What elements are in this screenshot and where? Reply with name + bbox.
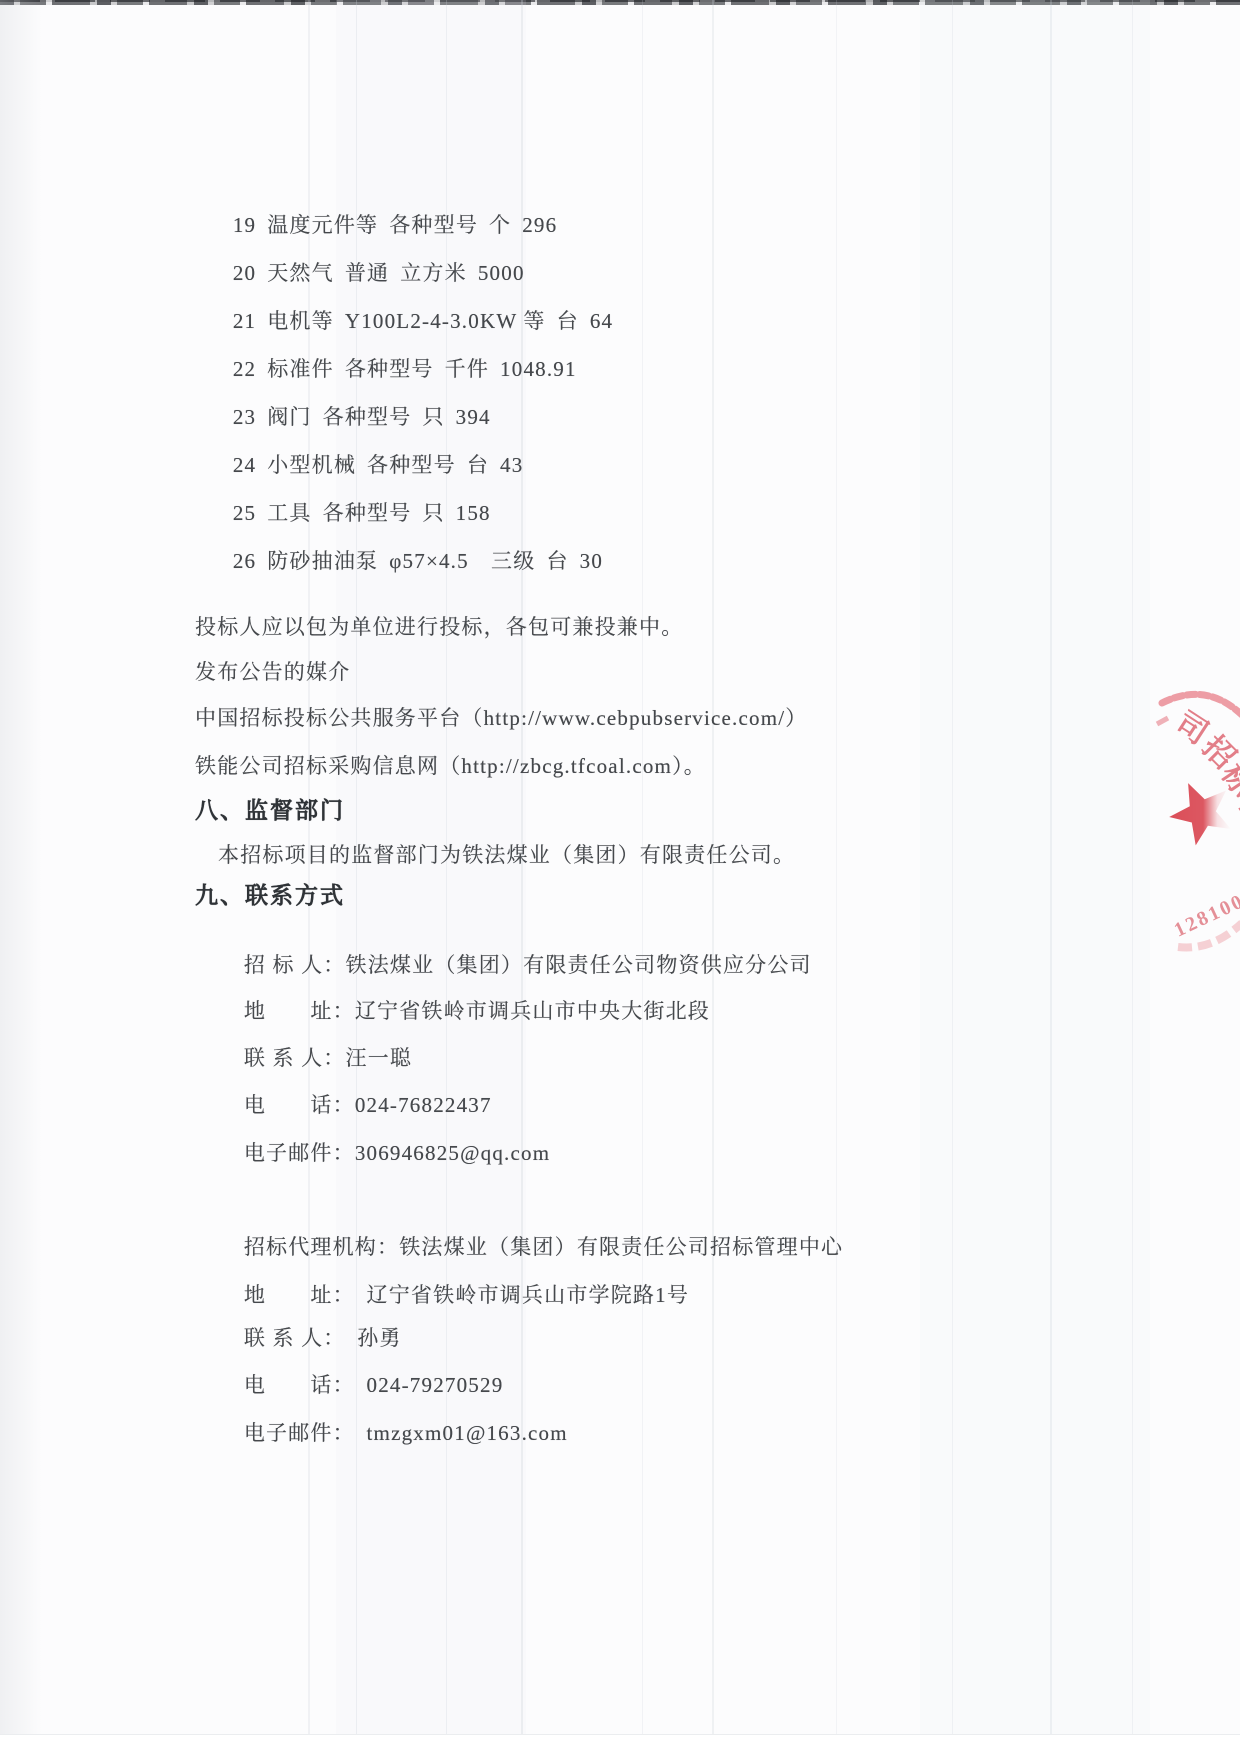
item-qty: 30: [580, 549, 603, 573]
bid-note: 投标人应以包为单位进行投标，各包可兼投兼中。: [195, 615, 683, 640]
item-qty: 1048.91: [500, 357, 577, 381]
item-unit: 只: [422, 405, 444, 429]
item-name: 防砂抽油泵: [267, 549, 378, 573]
seal-stamp: 司 招 标 管 1281001: [1010, 585, 1240, 985]
item-name: 标准件: [267, 357, 334, 381]
media-platform-2: 铁能公司招标采购信息网（http://zbcg.tfcoal.com）。: [195, 754, 706, 779]
item-spec: Y100L2-4-3.0KW 等: [345, 309, 546, 333]
item-no: 22: [233, 357, 256, 381]
field-label: 招标代理机构：: [244, 1235, 399, 1259]
scan-line: [836, 0, 837, 1753]
field-value: 024-79270529: [367, 1373, 504, 1397]
item-unit: 个: [489, 213, 511, 237]
seal-star-icon: [1169, 783, 1231, 845]
field-value: 孙勇: [357, 1326, 401, 1350]
item-spec: 各种型号: [323, 501, 412, 525]
item-no: 25: [233, 501, 256, 525]
tenderer-email-line: 电子邮件：306946825@qq.com: [218, 1116, 550, 1192]
item-no: 26: [233, 549, 256, 573]
item-unit: 台: [467, 453, 489, 477]
item-spec: 普通: [345, 261, 389, 285]
field-value: 辽宁省铁岭市调兵山市中央大街北段: [355, 999, 710, 1023]
field-value: 铁法煤业（集团）有限责任公司招标管理中心: [399, 1235, 843, 1259]
item-qty: 296: [522, 213, 557, 237]
agency-email-line: 电子邮件： tmzgxm01@163.com: [218, 1396, 568, 1472]
field-label: 联 系 人：: [244, 1046, 346, 1070]
item-unit: 台: [546, 549, 568, 573]
scan-line: [952, 0, 953, 1753]
item-name: 电机等: [267, 309, 334, 333]
item-spec: 各种型号: [323, 405, 412, 429]
item-unit: 立方米: [400, 261, 467, 285]
media-platform-1: 中国招标投标公共服务平台（http://www.cebpubservice.co…: [195, 706, 808, 731]
scan-artifact-bottom-edge: [0, 1734, 1240, 1753]
item-no: 20: [233, 261, 256, 285]
item-spec: 各种型号: [367, 453, 456, 477]
scan-line: [642, 0, 643, 1753]
item-spec: φ57×4.5 三级: [389, 549, 535, 573]
section-8-heading: 八、监督部门: [195, 797, 345, 825]
item-name: 小型机械: [267, 453, 356, 477]
seal-serial: 1281001: [1171, 885, 1240, 942]
item-unit: 台: [557, 309, 579, 333]
item-unit: 千件: [445, 357, 489, 381]
scan-artifact-left-shade: [0, 0, 42, 1753]
scan-line: [712, 0, 714, 1753]
field-value: tmzgxm01@163.com: [367, 1421, 568, 1445]
field-label: 地 址：: [244, 999, 355, 1023]
item-qty: 43: [500, 453, 523, 477]
item-no: 19: [233, 213, 256, 237]
media-heading: 发布公告的媒介: [195, 660, 350, 685]
item-spec: 各种型号: [345, 357, 434, 381]
field-value: 024-76822437: [355, 1093, 492, 1117]
seal-arc-fragment: [1157, 718, 1168, 724]
item-no: 24: [233, 453, 256, 477]
field-label: 电子邮件：: [244, 1421, 367, 1445]
item-row-26: 26防砂抽油泵φ57×4.5 三级台30: [207, 524, 603, 600]
field-value: 汪一聪: [346, 1046, 413, 1070]
item-name: 阀门: [267, 405, 311, 429]
item-no: 23: [233, 405, 256, 429]
field-label: 电子邮件：: [244, 1141, 355, 1165]
field-label: 电 话：: [244, 1093, 355, 1117]
item-name: 温度元件等: [267, 213, 378, 237]
item-qty: 5000: [478, 261, 525, 285]
field-label: 电 话：: [244, 1373, 367, 1397]
item-name: 工具: [267, 501, 311, 525]
field-label: 联 系 人：: [244, 1326, 357, 1350]
section-9-heading: 九、联系方式: [195, 882, 345, 910]
item-qty: 394: [456, 405, 491, 429]
item-name: 天然气: [267, 261, 334, 285]
field-value: 辽宁省铁岭市调兵山市学院路1号: [367, 1283, 690, 1307]
item-unit: 只: [422, 501, 444, 525]
item-qty: 158: [456, 501, 491, 525]
field-value: 306946825@qq.com: [355, 1141, 550, 1165]
document-page: 19温度元件等各种型号个296 20天然气普通立方米5000 21电机等Y100…: [0, 0, 1240, 1753]
section-8-body: 本招标项目的监督部门为铁法煤业（集团）有限责任公司。: [218, 843, 795, 868]
item-spec: 各种型号: [389, 213, 478, 237]
item-qty: 64: [590, 309, 613, 333]
item-no: 21: [233, 309, 256, 333]
